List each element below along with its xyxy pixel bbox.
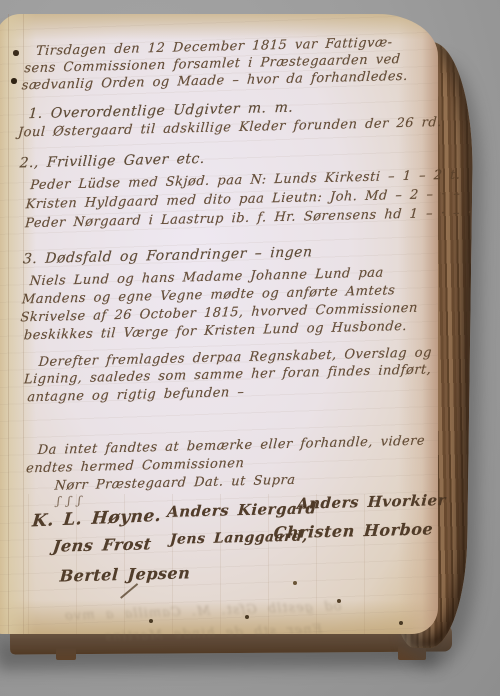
show-through-layer: od gestlb Gfst. M. Camilla a mvo Ener st…: [0, 14, 438, 634]
manuscript-page: Tirsdagen den 12 December 1815 var Fatti…: [0, 14, 438, 634]
book-bottom-nub: [56, 648, 76, 660]
manuscript-photo: Tirsdagen den 12 December 1815 var Fatti…: [0, 0, 500, 696]
fore-edge-specks: [0, 0, 2, 2]
bleed-through-text: od gestlb Gfst. M. Camilla a mvo: [64, 599, 342, 624]
